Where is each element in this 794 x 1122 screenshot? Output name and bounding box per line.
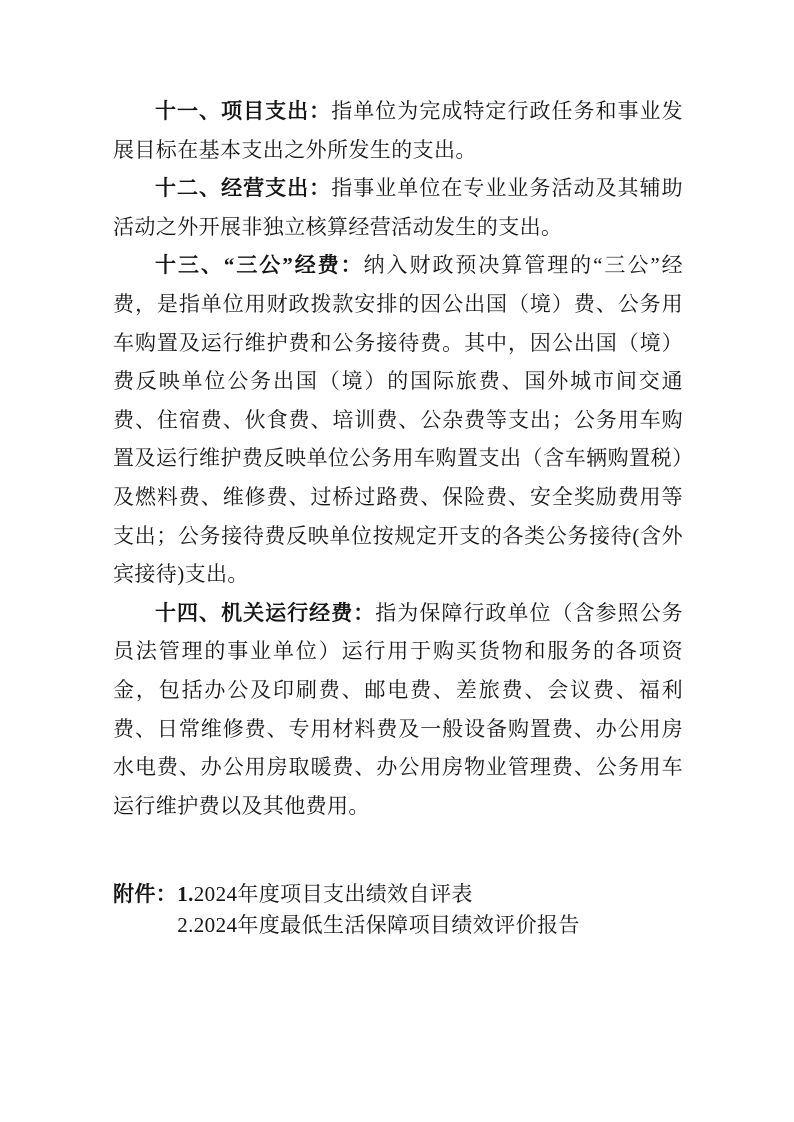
paragraph-label: 十二、经营支出：: [155, 176, 331, 200]
attachment-number: 2.: [177, 913, 194, 937]
attachment-title: 2024年度最低生活保障项目绩效评价报告: [194, 913, 580, 937]
paragraph-text: 纳入财政预决算管理的“三公”经费，是指单位用财政拨款安排的因公出国（境）费、公务…: [113, 253, 683, 586]
attachments-block: 附件： 1.2024年度项目支出绩效自评表 2.2024年度最低生活保障项目绩效…: [113, 879, 683, 941]
attachment-title: 2024年度项目支出绩效自评表: [194, 882, 473, 906]
paragraph-label: 十四、机关运行经费：: [155, 601, 375, 625]
paragraph-agency-operating-funds: 十四、机关运行经费：指为保障行政单位（含参照公务员法管理的事业单位）运行用于购买…: [113, 594, 683, 826]
attachments-label: 附件：: [113, 879, 177, 941]
paragraph-label: 十三、“三公”经费：: [155, 253, 364, 277]
document-page: 十一、项目支出：指单位为完成特定行政任务和事业发展目标在基本支出之外所发生的支出…: [0, 0, 794, 1122]
attachment-number: 1.: [177, 882, 194, 906]
paragraph-project-expenditure: 十一、项目支出：指单位为完成特定行政任务和事业发展目标在基本支出之外所发生的支出…: [113, 92, 683, 169]
paragraph-three-public-funds: 十三、“三公”经费：纳入财政预决算管理的“三公”经费，是指单位用财政拨款安排的因…: [113, 246, 683, 593]
paragraph-text: 指为保障行政单位（含参照公务员法管理的事业单位）运行用于购买货物和服务的各项资金…: [113, 601, 683, 818]
paragraph-label: 十一、项目支出：: [155, 99, 331, 123]
attachment-item-1: 1.2024年度项目支出绩效自评表: [177, 879, 683, 910]
attachment-item-2: 2.2024年度最低生活保障项目绩效评价报告: [177, 910, 683, 941]
attachments-list: 1.2024年度项目支出绩效自评表 2.2024年度最低生活保障项目绩效评价报告: [177, 879, 683, 941]
paragraph-operating-expenditure: 十二、经营支出：指事业单位在专业业务活动及其辅助活动之外开展非独立核算经营活动发…: [113, 169, 683, 246]
document-body: 十一、项目支出：指单位为完成特定行政任务和事业发展目标在基本支出之外所发生的支出…: [113, 92, 683, 941]
